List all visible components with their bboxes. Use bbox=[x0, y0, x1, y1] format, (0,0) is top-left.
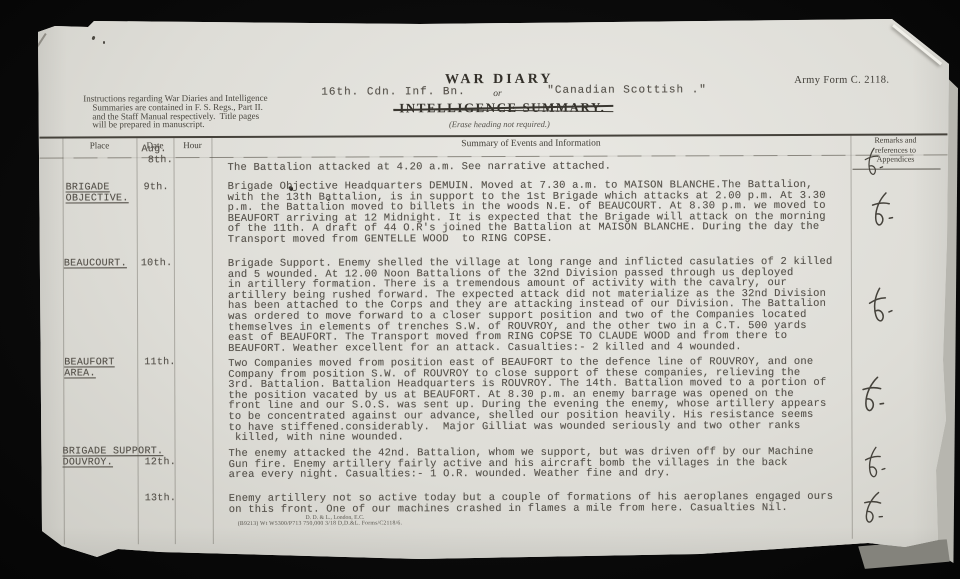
unit-nickname: "Canadian Scottish ." bbox=[547, 84, 707, 97]
army-form-number: Army Form C. 2118. bbox=[794, 75, 889, 86]
erase-heading-note: (Erase heading not required.) bbox=[379, 119, 619, 130]
handwritten-initial-icon bbox=[861, 445, 887, 484]
entry-summary: The enemy attacked the 42nd. Battalion, … bbox=[229, 447, 884, 481]
unit-designation: 16th. Cdn. Inf. Bn. bbox=[321, 86, 465, 99]
photo-background: Army Form C. 2118. Instructions regardin… bbox=[0, 0, 960, 579]
entry-date: 13th. bbox=[145, 494, 187, 505]
page-content: Army Form C. 2118. Instructions regardin… bbox=[0, 0, 960, 579]
entry-date: 9th. bbox=[144, 183, 186, 194]
handwritten-initial-icon bbox=[856, 373, 888, 420]
entry-date: 10th. bbox=[141, 259, 183, 270]
document-paper: Army Form C. 2118. Instructions regardin… bbox=[0, 0, 960, 579]
or-label: or bbox=[493, 89, 501, 99]
column-divider bbox=[211, 138, 213, 544]
column-divider bbox=[62, 139, 64, 545]
entry-summary: Brigade Objective Headquarters DEMUIN. M… bbox=[228, 180, 883, 246]
entry-summary: Brigade Support. Enemy shelled the villa… bbox=[228, 257, 883, 355]
printer-imprint: D. D. & L., London, E.C. (B9213) Wt W530… bbox=[238, 514, 476, 526]
entry-date: Aug. 8th. bbox=[141, 145, 183, 166]
entry-date: 12th. bbox=[145, 458, 187, 469]
column-header-place: Place bbox=[62, 140, 136, 150]
printer-imprint-line2: (B9213) Wt W5300/P713 750,000 3/18 D,D.&… bbox=[238, 520, 476, 527]
intelligence-summary-title: INTELLIGENCE SUMMARY. bbox=[357, 99, 647, 116]
column-header-summary: Summary of Events and Information bbox=[211, 138, 850, 150]
entry-summary: Enemy artillery not so active today but … bbox=[229, 492, 884, 515]
form-instructions: Instructions regarding War Diaries and I… bbox=[83, 94, 323, 130]
entry-summary: Two Companies moved from position east o… bbox=[228, 357, 883, 444]
handwritten-initial-icon bbox=[866, 190, 895, 234]
entry-summary: The Battalion attacked at 4.20 a.m. See … bbox=[228, 161, 883, 174]
entry-date: 11th. bbox=[144, 358, 186, 369]
handwritten-initial-icon bbox=[860, 146, 884, 182]
handwritten-initial-icon bbox=[856, 488, 887, 532]
